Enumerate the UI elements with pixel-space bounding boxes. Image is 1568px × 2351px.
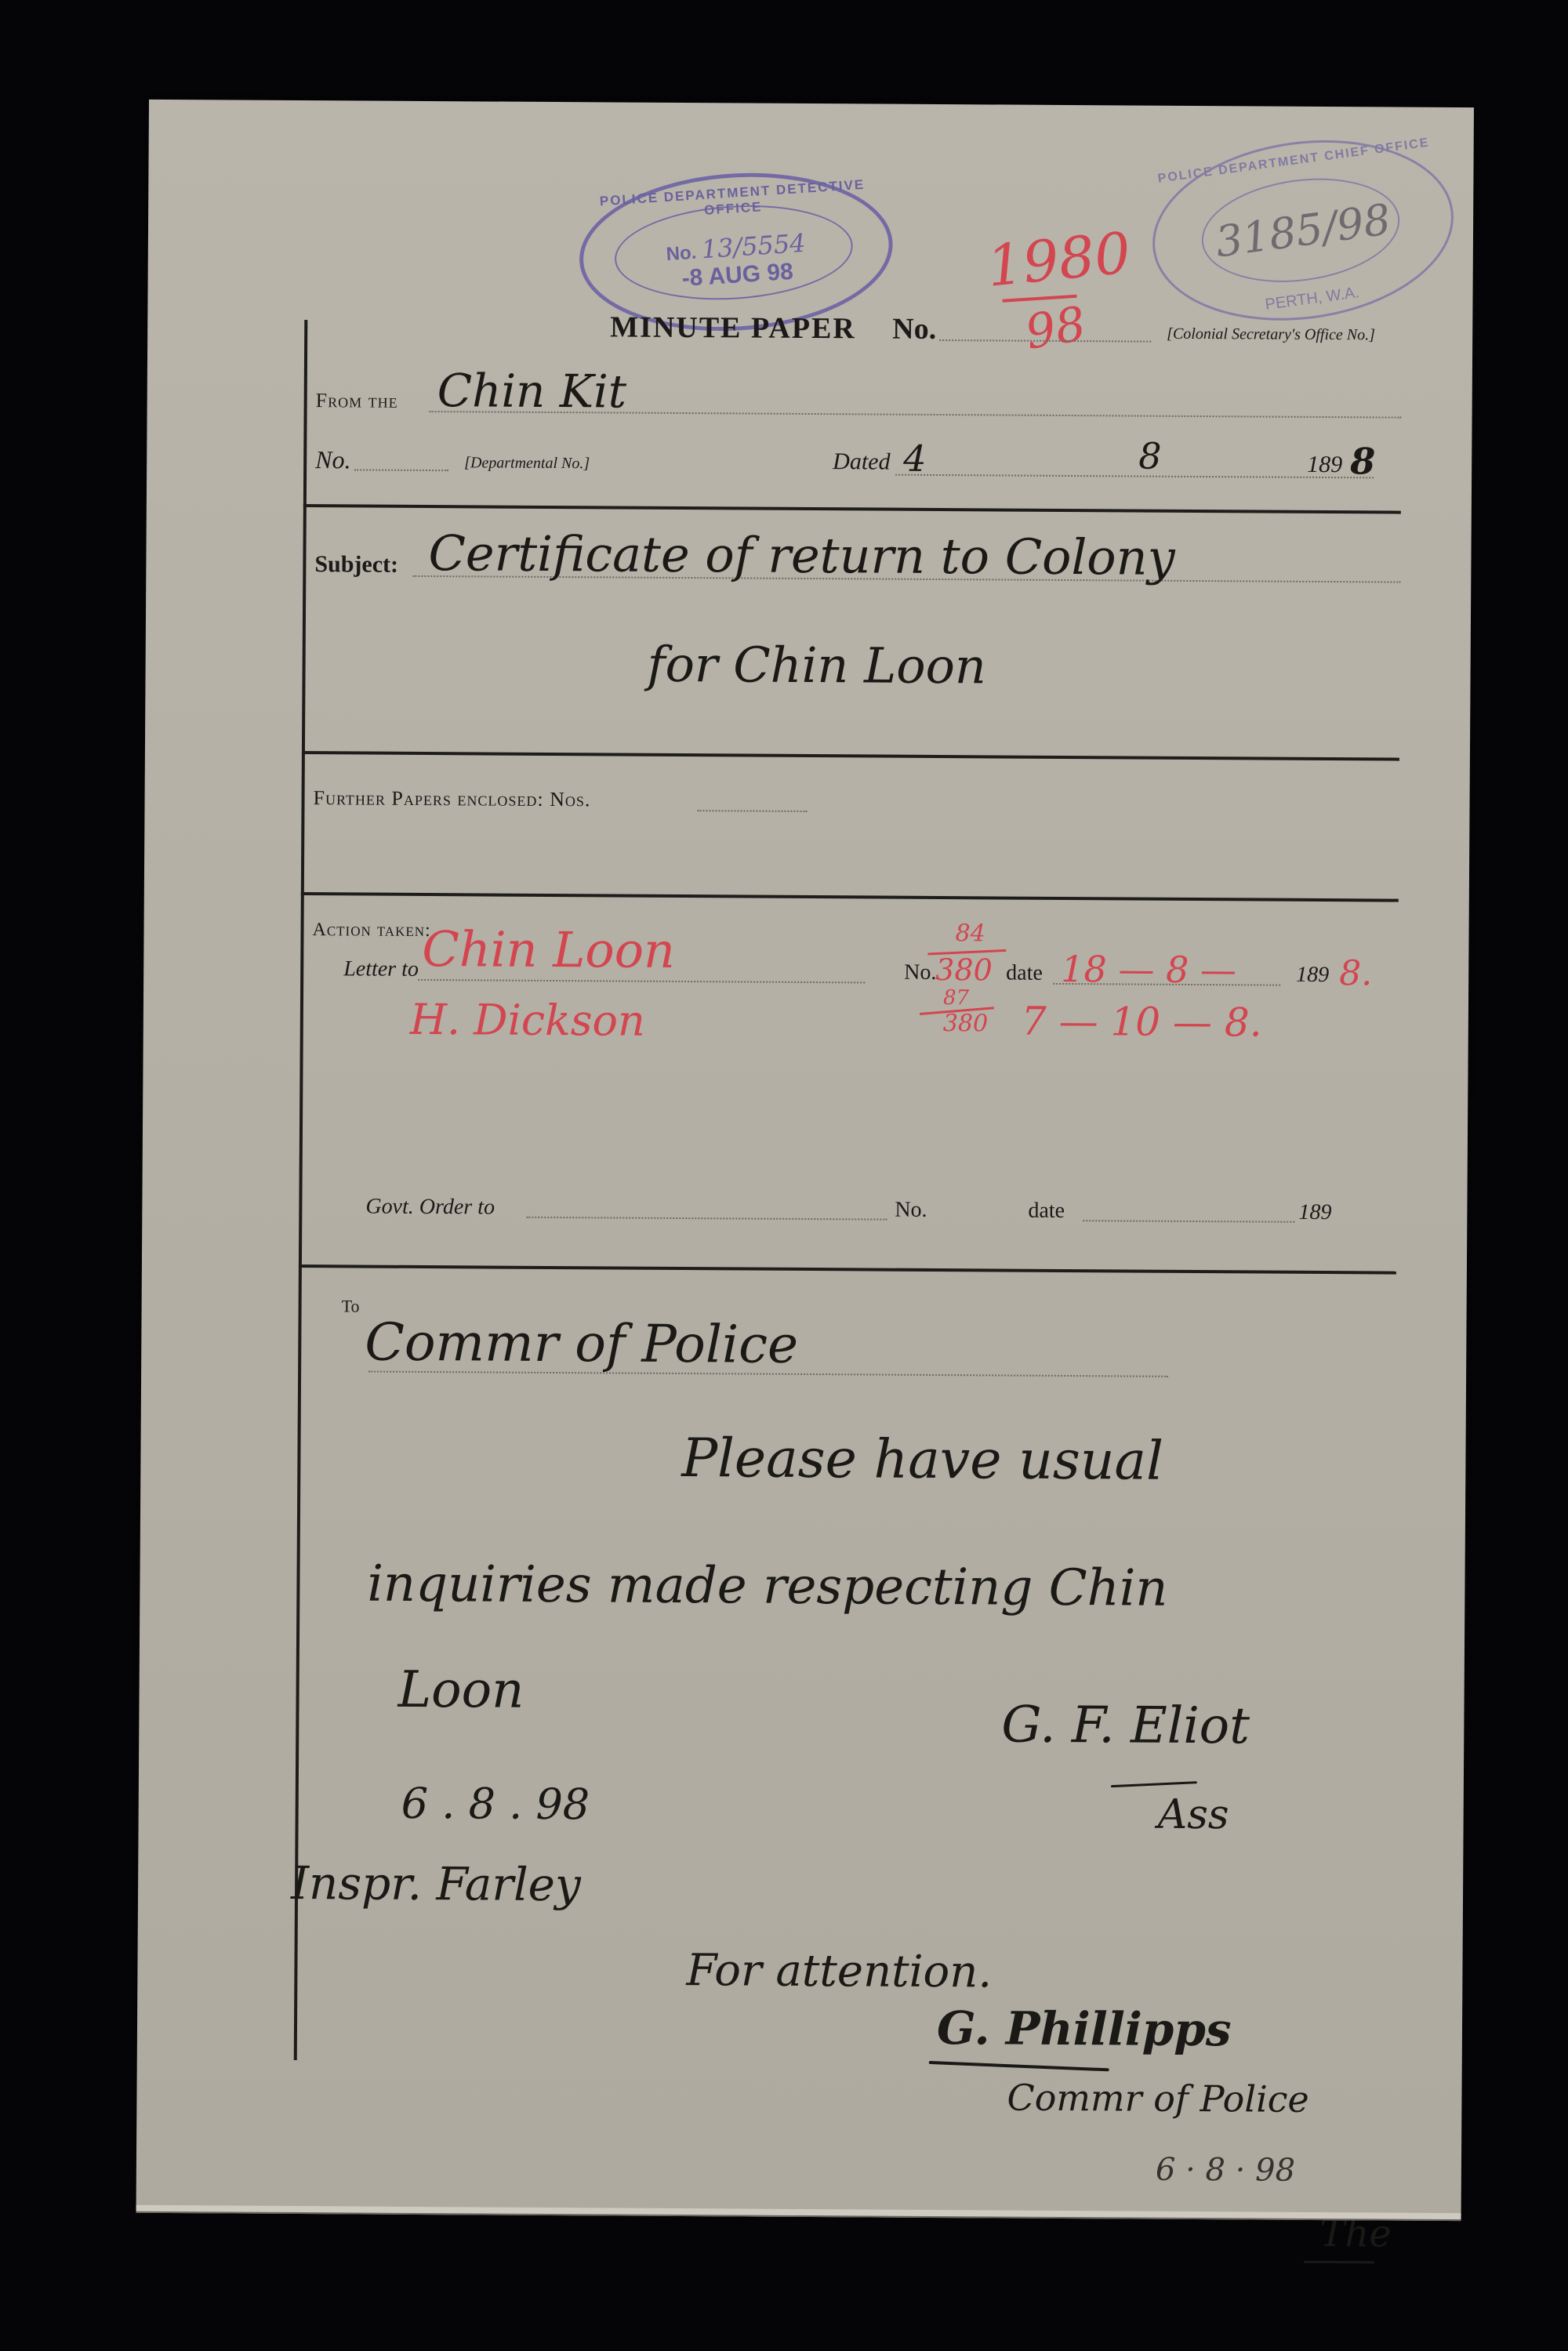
endorsement-title: Commr of Police bbox=[1007, 2077, 1309, 2121]
rule-after-further-papers bbox=[301, 892, 1399, 902]
govt-order-no-label: No. bbox=[895, 1198, 927, 1223]
rule-after-govt-order bbox=[299, 1264, 1396, 1275]
letter-to-label: Letter to bbox=[343, 956, 419, 982]
second-entry-name: H. Dickson bbox=[410, 995, 645, 1046]
subject-line2: for Chin Loon bbox=[647, 636, 986, 695]
further-papers-label: Further Papers enclosed: Nos. bbox=[313, 786, 590, 811]
from-label: From the bbox=[316, 389, 398, 413]
red-file-number-top: 1980 bbox=[984, 219, 1134, 299]
colonial-secretary-label: [Colonial Secretary's Office No.] bbox=[1167, 325, 1375, 345]
initials-underline bbox=[1304, 2261, 1374, 2264]
rule-after-subject bbox=[302, 751, 1399, 761]
action-taken-label: Action taken: bbox=[312, 920, 430, 941]
minute-addressee: Commr of Police bbox=[365, 1312, 798, 1375]
dept-no-dotline bbox=[354, 469, 448, 471]
action-year-prefix: 189 bbox=[1296, 963, 1329, 988]
dated-dotline bbox=[895, 474, 1374, 479]
second-no-bottom: 380 bbox=[943, 1010, 988, 1037]
minute-signature: G. F. Eliot bbox=[1001, 1696, 1250, 1756]
dept-no-sublabel: [Departmental No.] bbox=[464, 454, 590, 473]
minute-body-line3: Loon bbox=[397, 1661, 524, 1720]
second-no-top: 87 bbox=[943, 986, 969, 1010]
dated-label: Dated bbox=[833, 448, 891, 475]
to-label: To bbox=[342, 1296, 360, 1316]
stamp-location: PERTH, W.A. bbox=[1264, 284, 1360, 314]
action-date-value: 18 — 8 — bbox=[1061, 948, 1236, 991]
action-no-top: 84 bbox=[955, 920, 985, 947]
dated-year-suffix: 8 bbox=[1350, 440, 1375, 482]
endorsement-signature-underline bbox=[929, 2061, 1109, 2071]
dated-year-prefix: 189 bbox=[1307, 452, 1342, 478]
left-margin-rule bbox=[294, 320, 308, 2060]
minute-body-line2: inquiries made respecting Chin bbox=[367, 1555, 1168, 1618]
minute-body-line1: Please have usual bbox=[681, 1428, 1163, 1493]
action-no-label: No. bbox=[904, 960, 936, 985]
minute-paper-title: MINUTE PAPER bbox=[610, 310, 856, 346]
govt-order-date-label: date bbox=[1028, 1199, 1065, 1224]
second-date: 7 — 10 — 8. bbox=[1022, 999, 1262, 1046]
endorsement-signature: G. Phillipps bbox=[937, 2001, 1232, 2056]
action-no-bottom: 380 bbox=[935, 952, 993, 987]
letter-to-dotline bbox=[418, 979, 865, 983]
chief-office-stamp: POLICE DEPARTMENT CHIEF OFFICE 3185/98 P… bbox=[1142, 122, 1465, 338]
endorsement-initials: The bbox=[1319, 2211, 1392, 2256]
govt-order-date-dotline bbox=[1083, 1220, 1294, 1223]
govt-order-year-prefix: 189 bbox=[1298, 1200, 1331, 1225]
minute-signature-title: Ass bbox=[1157, 1791, 1229, 1839]
red-file-number-bottom: 98 bbox=[1022, 296, 1090, 361]
title-no-label: No. bbox=[892, 312, 936, 346]
minute-paper-sheet: POLICE DEPARTMENT DETECTIVE OFFICE No. 1… bbox=[136, 100, 1474, 2216]
endorsement-to: Inspr. Farley bbox=[291, 1856, 581, 1911]
dated-day: 4 bbox=[903, 437, 927, 480]
govt-order-dotline bbox=[526, 1217, 887, 1221]
rule-after-header bbox=[303, 504, 1401, 514]
dated-month: 8 bbox=[1138, 435, 1162, 477]
subject-line1: Certificate of return to Colony bbox=[428, 524, 1175, 586]
from-value: Chin Kit bbox=[437, 364, 627, 418]
action-date-label: date bbox=[1006, 961, 1043, 986]
dept-no-label: No. bbox=[315, 445, 351, 474]
endorsement-text: For attention. bbox=[686, 1945, 992, 1997]
govt-order-label: Govt. Order to bbox=[365, 1195, 495, 1221]
minute-date: 6 . 8 . 98 bbox=[401, 1779, 590, 1829]
signature-underline bbox=[1111, 1781, 1197, 1787]
subject-label: Subject: bbox=[314, 551, 398, 579]
endorsement-date: 6 · 8 · 98 bbox=[1156, 2152, 1295, 2189]
further-papers-dotline bbox=[697, 810, 807, 812]
action-year-suffix: 8. bbox=[1339, 953, 1372, 993]
letter-to-value: Chin Loon bbox=[422, 920, 675, 979]
